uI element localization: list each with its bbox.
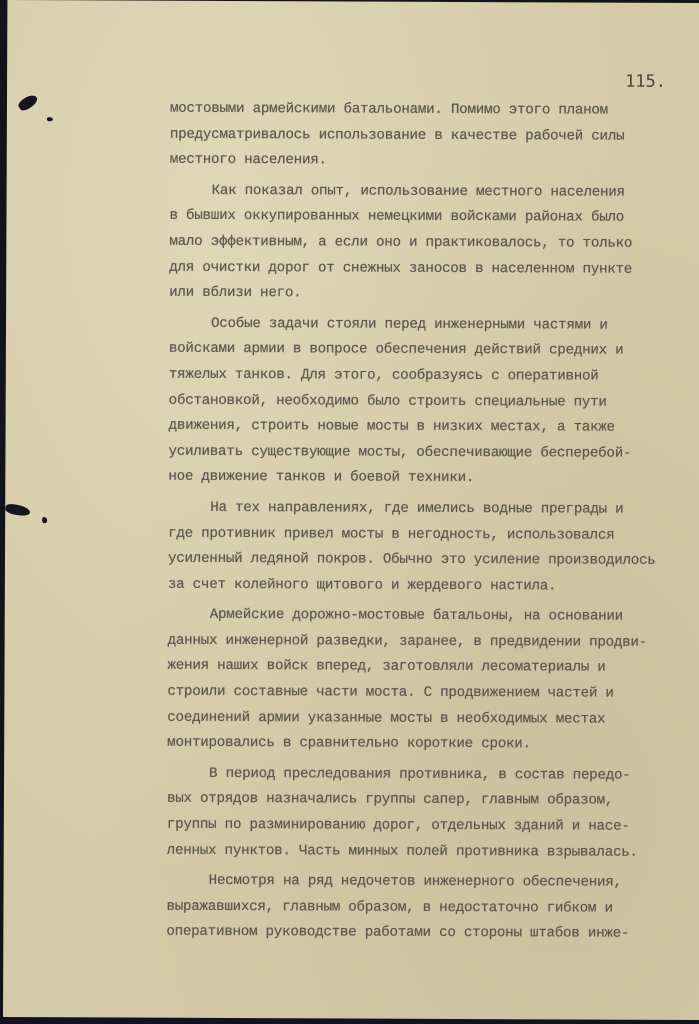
text-line: тяжелых танков. Для этого, сообразуясь с… — [169, 363, 699, 391]
text-line: монтировались в сравнительно короткие ср… — [167, 731, 697, 759]
text-line: для очистки дорог от снежных заносов в н… — [169, 255, 699, 283]
page-number: 115. — [625, 72, 666, 92]
binding-hole-top — [17, 92, 40, 112]
paragraph: В период преследования противника, в сос… — [167, 762, 697, 867]
text-line: предусматривалось использование в качест… — [170, 122, 699, 150]
binding-hole-top-small — [47, 117, 53, 121]
text-line: жения наших войск вперед, заготовляли ле… — [167, 654, 697, 682]
paragraph: Особые задачи стояли перед инженерными ч… — [168, 311, 699, 492]
text-line: в бывших оккупированных немецкими войска… — [169, 204, 699, 232]
text-line: войсками армии в вопросе обеспечения дей… — [169, 337, 699, 365]
text-line: ленных пунктов. Часть минных полей проти… — [167, 838, 697, 866]
text-line: Несмотря на ряд недочетов инженерного об… — [167, 869, 697, 897]
text-line: На тех направлениях, где имелись водные … — [168, 496, 698, 524]
text-line: усиленный ледяной покров. Обычно это уси… — [168, 547, 698, 575]
text-line: мало эффективным, а если оно и практиков… — [169, 230, 699, 258]
text-line: выражавшихся, главным образом, в недоста… — [166, 895, 696, 923]
text-line: группы по разминированию дорог, отдельны… — [167, 813, 697, 841]
text-line: или вблизи него. — [169, 281, 699, 309]
text-line: где противник привел мосты в негодность,… — [168, 521, 698, 549]
text-line: соединений армии указанные мосты в необх… — [167, 705, 697, 733]
paragraph: мостовыми армейскими батальонами. Помимо… — [170, 97, 699, 176]
text-line: данных инженерной разведки, заранее, в п… — [168, 629, 698, 657]
binding-hole-middle — [5, 503, 31, 517]
text-line: за счет колейного щитового и жердевого н… — [168, 572, 698, 600]
text-line: обстановкой, необходимо было строить спе… — [169, 388, 699, 416]
paragraph: Как показал опыт, использование местного… — [169, 179, 699, 309]
text-line: строили составные части моста. С продвиж… — [167, 680, 697, 708]
text-line: местного населения. — [170, 148, 699, 176]
text-line: вых отрядов назначались группы сапер, гл… — [167, 787, 697, 815]
text-line: усиливать существующие мосты, обеспечива… — [168, 439, 698, 467]
text-line: Армейские дорожно-мостовые батальоны, на… — [168, 603, 698, 631]
text-line: ное движение танков и боевой техники. — [168, 465, 698, 493]
paragraph: На тех направлениях, где имелись водные … — [168, 496, 698, 601]
paragraph: Армейские дорожно-мостовые батальоны, на… — [167, 603, 698, 759]
text-line: Как показал опыт, использование местного… — [170, 179, 699, 207]
text-line: движения, строить новые мосты в низких м… — [169, 414, 699, 442]
text-line: Особые задачи стояли перед инженерными ч… — [169, 311, 699, 339]
document-page: 115. мостовыми армейскими батальонами. П… — [3, 0, 699, 1020]
paragraph: Несмотря на ряд недочетов инженерного об… — [166, 869, 696, 948]
typewritten-body: мостовыми армейскими батальонами. Помимо… — [166, 97, 699, 948]
text-line: В период преследования противника, в сос… — [167, 762, 697, 790]
text-line: мостовыми армейскими батальонами. Помимо… — [170, 97, 699, 125]
binding-hole-middle-small — [42, 517, 47, 523]
text-line: оперативном руководстве работами со стор… — [166, 920, 696, 948]
